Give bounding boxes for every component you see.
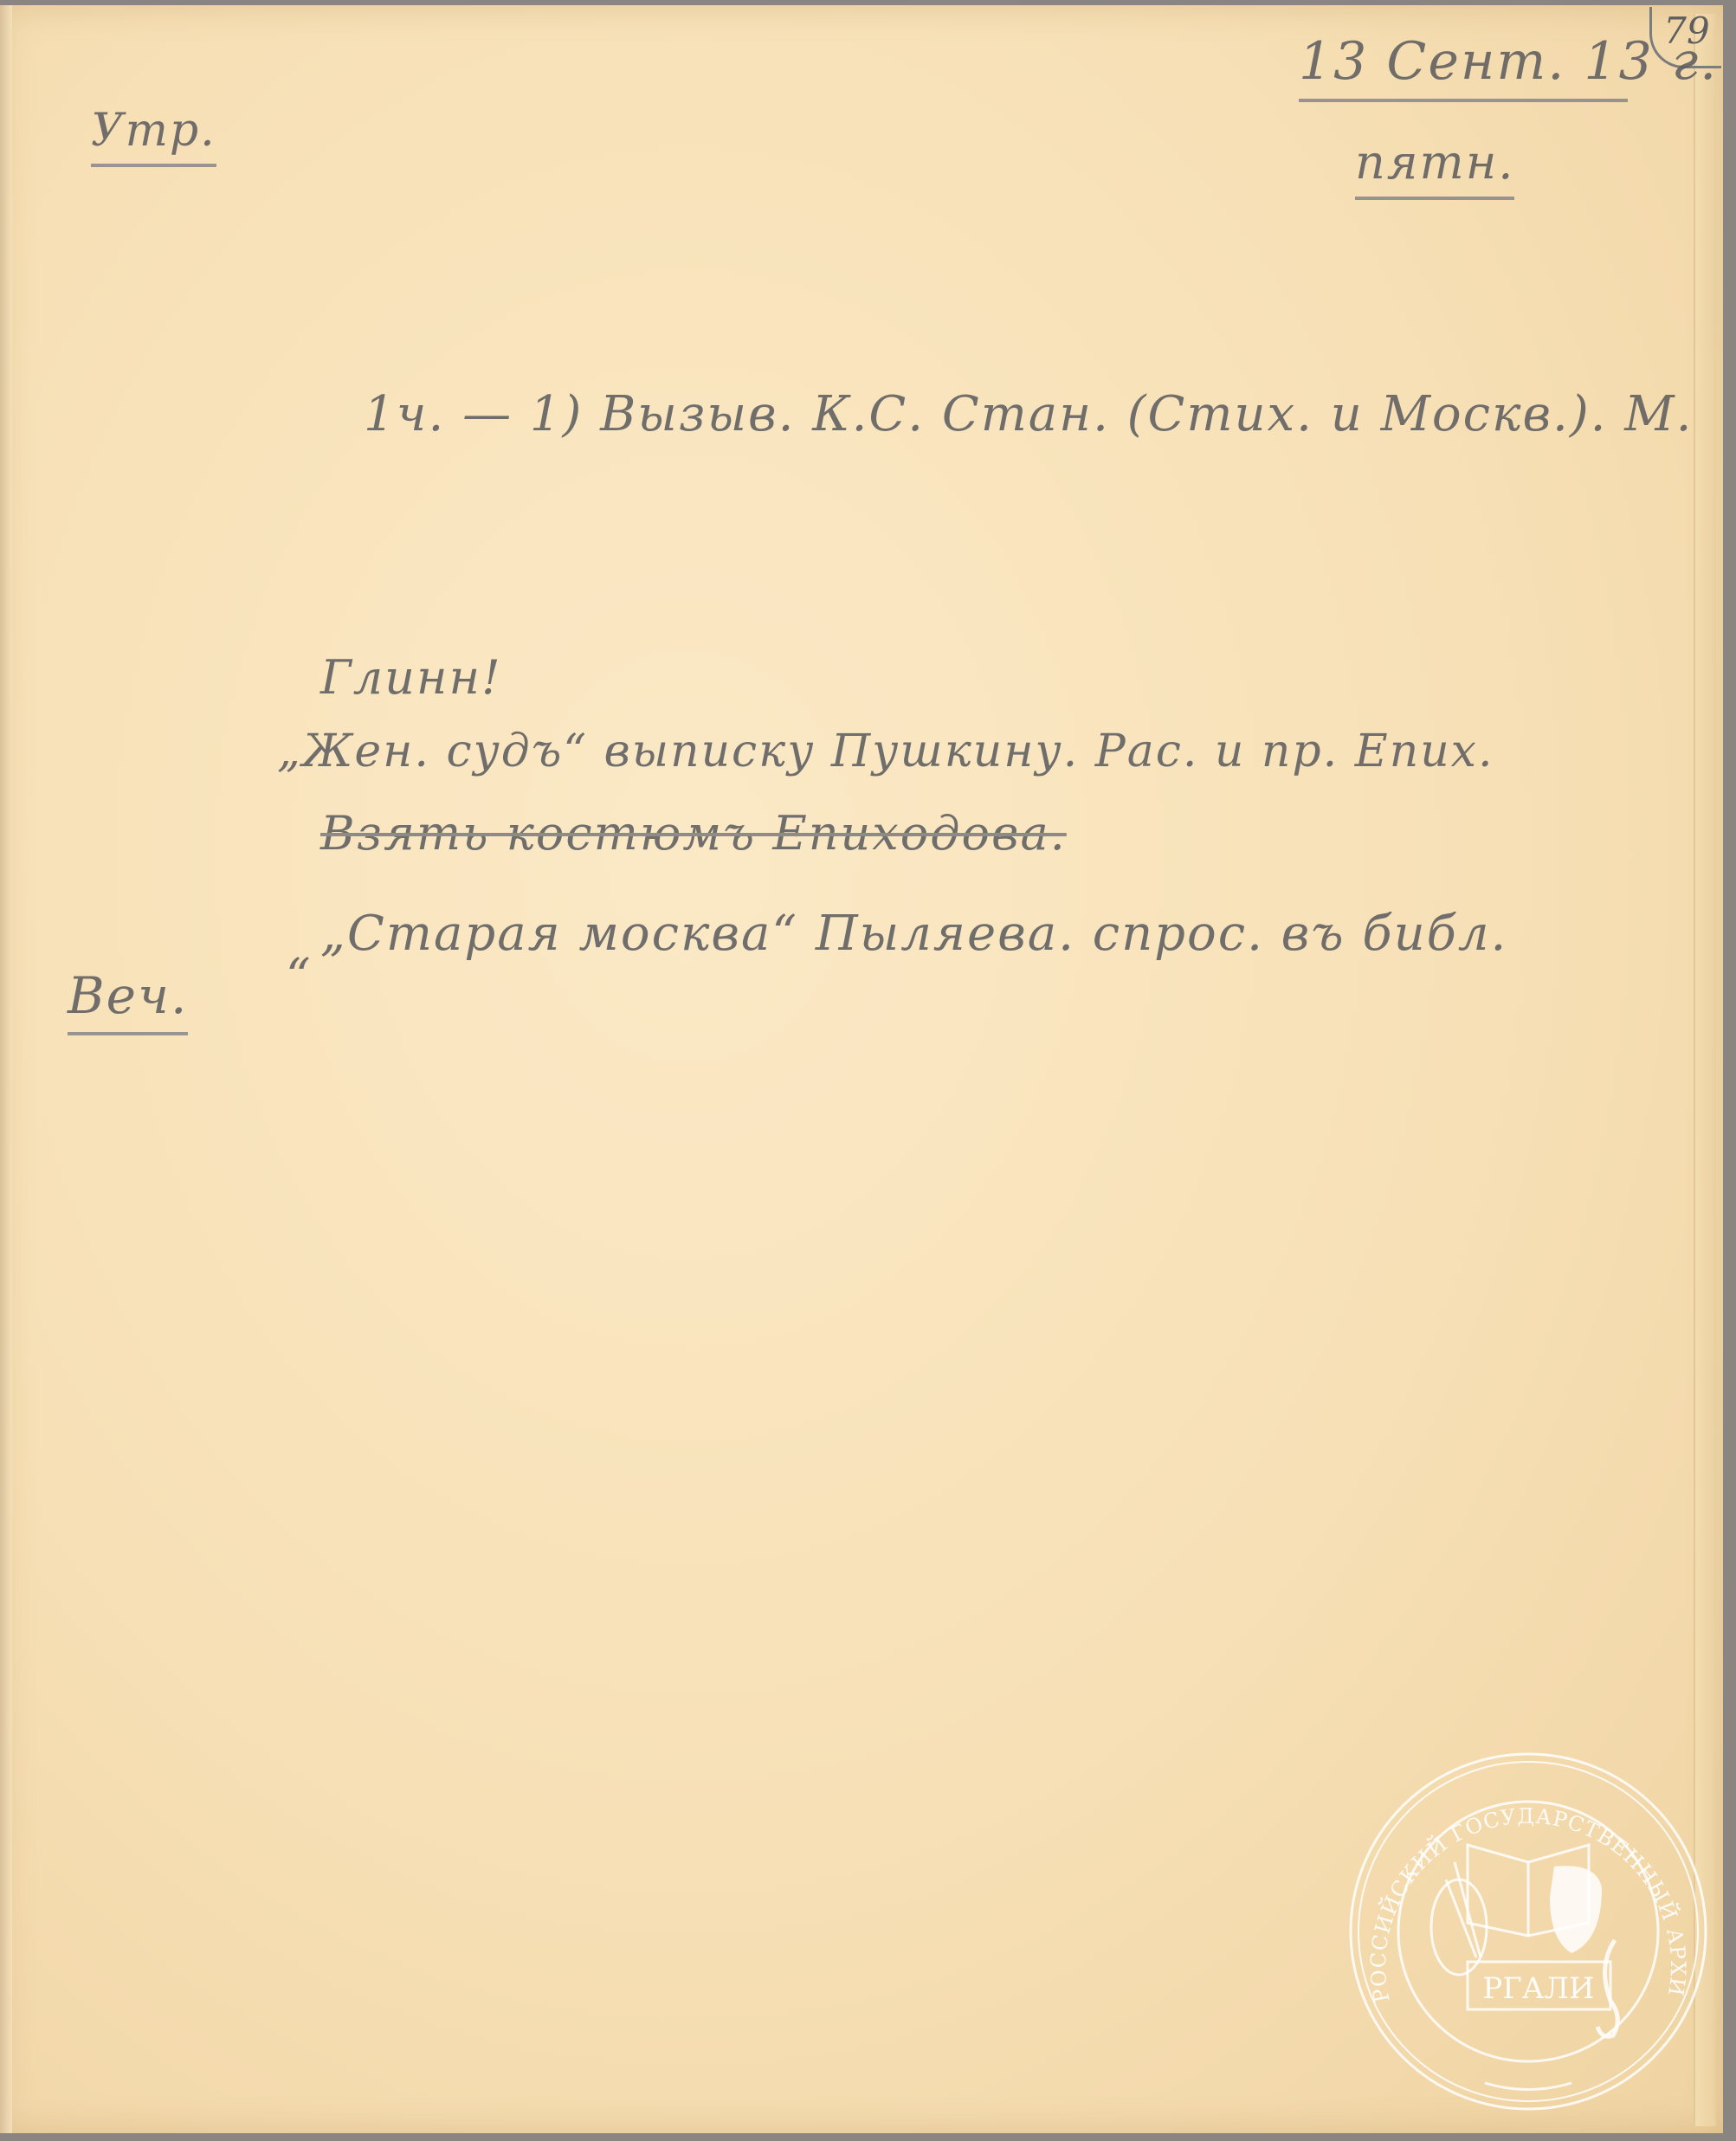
margin-label-evening: Веч. bbox=[68, 966, 188, 1035]
archive-seal-watermark: РОССИЙСКИЙ ГОСУДАРСТВЕННЫЙ АРХИВ ЛИТЕРАТ… bbox=[1338, 1741, 1719, 2122]
entry-line-3: „Жен. судъ“ выписку Пушкину. Рас. и пр. … bbox=[277, 725, 1494, 777]
treble-clef-icon bbox=[1597, 1940, 1617, 2036]
header-weekday: пятн. bbox=[1355, 135, 1514, 200]
entry-line-5: „Старая москва“ Пыляева. спрос. въ библ. bbox=[320, 906, 1507, 962]
entry-line-4-struck: Взять костюмъ Епиходова. bbox=[320, 806, 1067, 861]
header-date: 13 Сент. 13 г. bbox=[1299, 31, 1628, 102]
document-page: 79 13 Сент. 13 г. пятн. Утр. 1ч. — 1) Вы… bbox=[0, 5, 1723, 2133]
laurel-icon bbox=[1485, 2083, 1571, 2090]
stray-quote-mark: “ bbox=[286, 949, 313, 1005]
seal-circle-text: РОССИЙСКИЙ ГОСУДАРСТВЕННЫЙ АРХИВ ЛИТЕРАТ… bbox=[1338, 1741, 1690, 2004]
theatre-mask-icon bbox=[1550, 1866, 1602, 1953]
margin-label-morning: Утр. bbox=[91, 105, 216, 167]
page-left-edge bbox=[0, 5, 12, 2133]
entry-line-1: 1ч. — 1) Вызыв. К.С. Стан. (Стих. и Моск… bbox=[364, 386, 1693, 442]
svg-text:РОССИЙСКИЙ ГОСУДАРСТВЕННЫЙ АРХ: РОССИЙСКИЙ ГОСУДАРСТВЕННЫЙ АРХИВ ЛИТЕРАТ… bbox=[1338, 1741, 1690, 2004]
entry-line-2: Глинн! bbox=[320, 650, 502, 705]
seal-title: РГАЛИ bbox=[1482, 1971, 1594, 2006]
